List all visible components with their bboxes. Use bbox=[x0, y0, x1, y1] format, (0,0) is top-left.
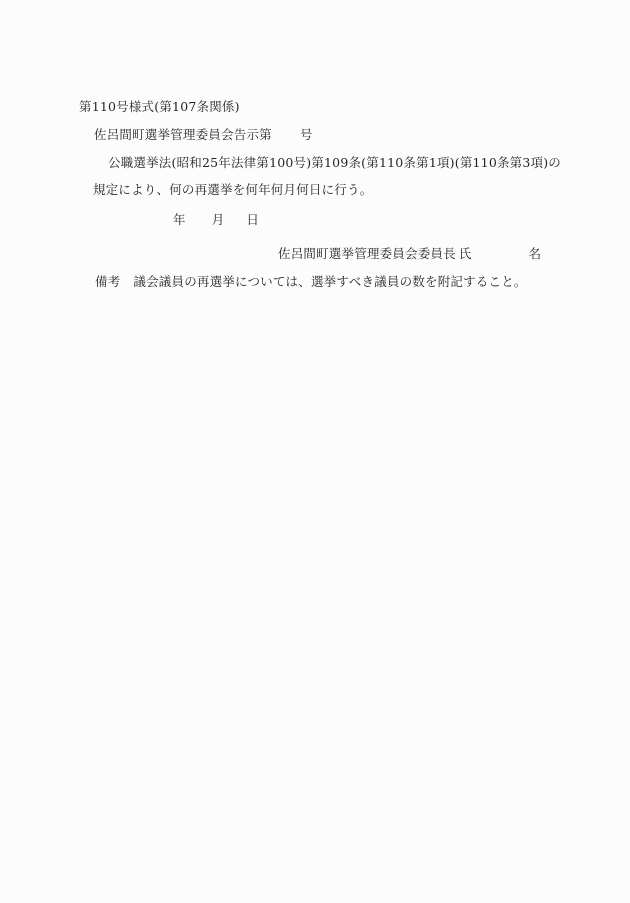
date-year-label: 年 bbox=[173, 212, 186, 227]
signature-line: 佐呂間町選挙管理委員会委員長氏名 bbox=[278, 246, 541, 261]
date-day-label: 日 bbox=[246, 212, 259, 227]
signature-surname-label: 氏 bbox=[459, 246, 472, 261]
signature-title: 佐呂間町選挙管理委員会委員長 bbox=[278, 246, 456, 261]
notice-line: 佐呂間町選挙管理委員会告示第号 bbox=[94, 127, 313, 142]
remarks-text: 議会議員の再選挙については、選挙すべき議員の数を附記すること。 bbox=[133, 274, 526, 289]
body-text-line-2: 規定により、何の再選挙を何年何月何日に行う。 bbox=[93, 182, 372, 197]
signature-givenname-label: 名 bbox=[529, 246, 542, 261]
remarks-label: 備考 bbox=[95, 274, 120, 289]
notice-number-suffix: 号 bbox=[300, 127, 313, 142]
date-month-label: 月 bbox=[212, 212, 225, 227]
document-page: 第110号様式(第107条関係) 佐呂間町選挙管理委員会告示第号 公職選挙法(昭… bbox=[0, 0, 630, 903]
remarks-line: 備考議会議員の再選挙については、選挙すべき議員の数を附記すること。 bbox=[95, 274, 527, 289]
form-number-title: 第110号様式(第107条関係) bbox=[79, 99, 240, 114]
body-text-line-1: 公職選挙法(昭和25年法律第100号)第109条(第110条第1項)(第110条… bbox=[108, 155, 561, 170]
notice-prefix: 佐呂間町選挙管理委員会告示第 bbox=[94, 127, 272, 142]
date-line: 年月日 bbox=[173, 212, 259, 227]
